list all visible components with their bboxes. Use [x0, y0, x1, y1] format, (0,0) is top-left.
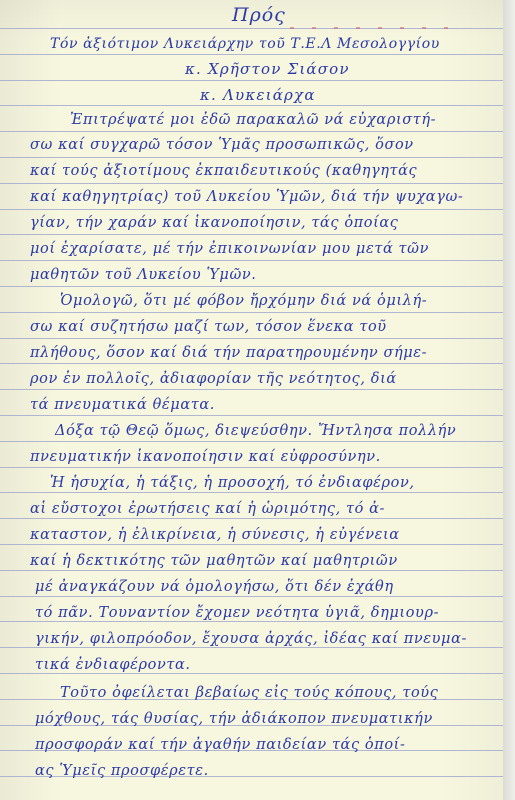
ruled-line	[0, 673, 503, 674]
address-greeting: κ. Λυκειάρχα	[200, 88, 316, 103]
ruled-line	[0, 157, 503, 158]
ruled-line	[0, 492, 503, 493]
ruled-line	[0, 260, 503, 261]
letter-line: Ἡ ἡσυχία, ἡ τάξις, ἡ προσοχή, τό ἐνδιαφέ…	[50, 476, 415, 491]
letter-line: καταστον, ἡ ἐλικρίνεια, ἡ σύνεσις, ἡ εὐγ…	[30, 528, 400, 543]
ruled-line	[0, 621, 503, 622]
letter-line: γίαν, τήν χαράν καί ἱκανοποίησιν, τάς ὁπ…	[30, 216, 399, 231]
ruled-line	[0, 80, 503, 81]
letter-line: τικά ἐνδιαφέροντα.	[35, 658, 191, 673]
ruled-line	[0, 54, 503, 55]
letter-line: μόχθους, τάς θυσίας, τήν ἀδιάκοπον πνευμ…	[35, 712, 433, 727]
letter-page: Πρός Τόν ἀξιότιμον Λυκειάρχην τοῦ Τ.Ε.Λ …	[0, 0, 503, 800]
ruled-line	[0, 363, 503, 364]
letter-line: σω καί συζητήσω μαζί των, τόσον ἕνεκα το…	[30, 320, 387, 335]
address-recipient-name: κ. Χρῆστον Σιάσον	[185, 62, 350, 77]
ruled-line	[0, 131, 503, 132]
ruled-line	[0, 312, 503, 313]
ruled-line	[0, 389, 503, 390]
letter-line: προσφοράν καί τήν ἀγαθήν παιδείαν τάς ὁπ…	[35, 738, 405, 753]
ruled-line	[0, 544, 503, 545]
ruled-line	[0, 596, 503, 597]
ruled-line	[0, 286, 503, 287]
page-edge	[503, 0, 515, 800]
ruled-line	[0, 415, 503, 416]
ruled-line	[0, 570, 503, 571]
address-recipient-line: Τόν ἀξιότιμον Λυκειάρχην τοῦ Τ.Ε.Λ Μεσολ…	[50, 37, 440, 51]
ruled-line	[0, 647, 503, 648]
letter-line: τό πᾶν. Τουναντίον ἔχομεν νεότητα ὑγιᾶ, …	[35, 606, 439, 621]
ruled-line	[0, 209, 503, 210]
letter-line: καί ἡ δεκτικότης τῶν μαθητῶν καί μαθητρι…	[30, 554, 398, 569]
letter-line: καί τούς ἀξιοτίμους ἐκπαιδευτικούς (καθη…	[30, 164, 417, 179]
letter-line: μέ ἀναγκάζουν νά ὁμολογήσω, ὅτι δέν ἐχάθ…	[35, 580, 394, 595]
letter-line: ας Ὑμεῖς προσφέρετε.	[35, 764, 209, 779]
letter-line: μαθητῶν τοῦ Λυκείου Ὑμῶν.	[30, 268, 257, 283]
ruled-line	[0, 183, 503, 184]
letter-line: τά πνευματικά θέματα.	[30, 398, 215, 413]
ruled-line	[0, 467, 503, 468]
letter-line: Δόξα τῷ Θεῷ ὅμως, διεψεύσθην. Ἤντλησα πο…	[55, 424, 456, 439]
red-margin-marks	[290, 27, 460, 29]
ruled-line	[0, 234, 503, 235]
ruled-line	[0, 338, 503, 339]
letter-line: σω καί συγχαρῶ τόσον Ὑμᾶς προσωπικῶς, ὅσ…	[30, 138, 414, 153]
letter-line: πλήθους, ὅσον καί διά τήν παρατηρουμένην…	[30, 346, 427, 361]
letter-line: πνευματικήν ἱκανοποίησιν καί εὐφροσύνην.	[30, 450, 381, 465]
letter-line: γικήν, φιλοπρόοδον, ἔχουσα ἀρχάς, ἰδέας …	[35, 632, 467, 647]
ruled-line	[0, 518, 503, 519]
letter-line: αἱ εὔστοχοι ἐρωτήσεις καί ἡ ὡριμότης, τό…	[30, 502, 385, 517]
letter-line: καί καθηγητρίας) τοῦ Λυκείου Ὑμῶν, διά τ…	[30, 190, 463, 205]
address-to: Πρός	[232, 6, 286, 25]
letter-line: Ὁμολογῶ, ὅτι μέ φόβον ἤρχόμην διά νά ὁμι…	[60, 294, 427, 309]
letter-line: Τοῦτο ὀφείλεται βεβαίως εἰς τούς κόπους,…	[60, 686, 438, 701]
letter-line: ρον ἐν πολλοῖς, ἀδιαφορίαν τῆς νεότητος,…	[30, 372, 397, 387]
ruled-line	[0, 441, 503, 442]
ruled-line	[0, 105, 503, 106]
letter-line: μοί ἐχαρίσατε, μέ τήν ἐπικοινωνίαν μου μ…	[30, 242, 429, 257]
letter-line: Ἐπιτρέψατέ μοι ἐδῶ παρακαλῶ νά εὐχαριστή…	[70, 113, 436, 128]
